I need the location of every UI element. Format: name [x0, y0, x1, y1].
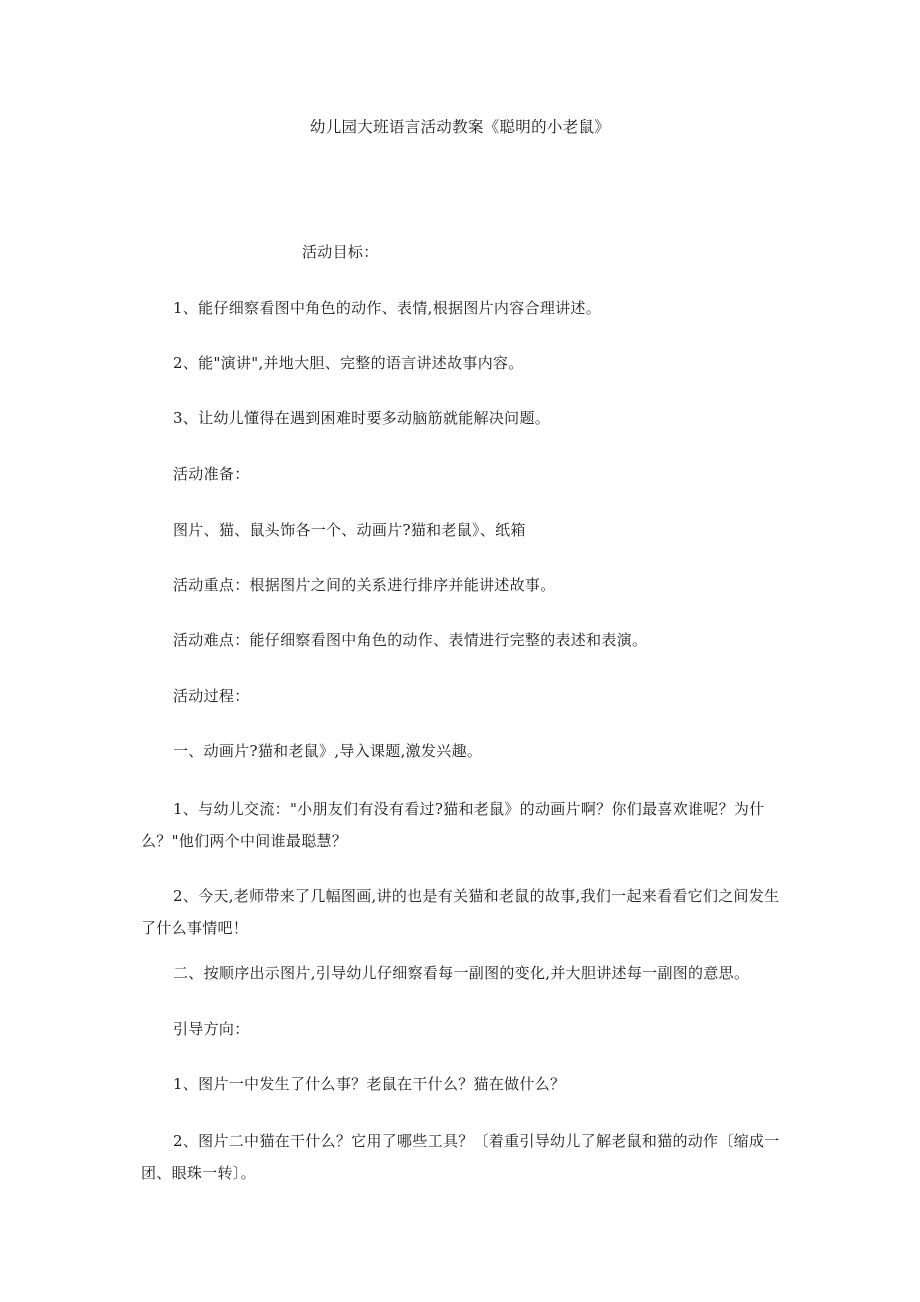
- step1-heading: 一、动画片?猫和老鼠》,导入课题,激发兴趣。: [173, 741, 482, 761]
- document-page: 幼儿园大班语言活动教案《聪明的小老鼠》 活动目标： 1、能仔细察看图中角色的动作…: [0, 0, 920, 1302]
- step1-item: 1、与幼儿交流："小朋友们有没有看过?猫和老鼠》的动画片啊？你们最喜欢谁呢？为什…: [141, 793, 781, 857]
- guide-heading: 引导方向：: [173, 1019, 250, 1039]
- goal-item: 3、让幼儿懂得在遇到困难时要多动脑筋就能解决问题。: [173, 408, 550, 428]
- key-point: 活动重点：根据图片之间的关系进行排序并能讲述故事。: [173, 575, 556, 595]
- goal-item: 2、能"演讲",并地大胆、完整的语言讲述故事内容。: [173, 353, 524, 373]
- guide-item: 1、图片一中发生了什么事？老鼠在干什么？猫在做什么？: [173, 1074, 565, 1094]
- prep-heading: 活动准备：: [173, 464, 250, 484]
- goal-item: 1、能仔细察看图中角色的动作、表情,根据图片内容合理讲述。: [173, 298, 601, 318]
- guide-item: 2、图片二中猫在干什么？它用了哪些工具？〔着重引导幼儿了解老鼠和猫的动作〔缩成一…: [141, 1125, 781, 1189]
- prep-text: 图片、猫、鼠头饰各一个、动画片?猫和老鼠》、纸箱: [173, 520, 526, 540]
- step2-heading: 二、按顺序出示图片,引导幼儿仔细察看每一副图的变化,并大胆讲述每一副图的意思。: [173, 963, 749, 983]
- process-heading: 活动过程：: [173, 686, 250, 706]
- goals-heading: 活动目标：: [302, 242, 379, 262]
- step1-item: 2、今天,老师带来了几幅图画,讲的也是有关猫和老鼠的故事,我们一起来看看它们之间…: [141, 880, 781, 944]
- document-title: 幼儿园大班语言活动教案《聪明的小老鼠》: [0, 117, 920, 137]
- difficulty: 活动难点：能仔细察看图中角色的动作、表情进行完整的表述和表演。: [173, 630, 647, 650]
